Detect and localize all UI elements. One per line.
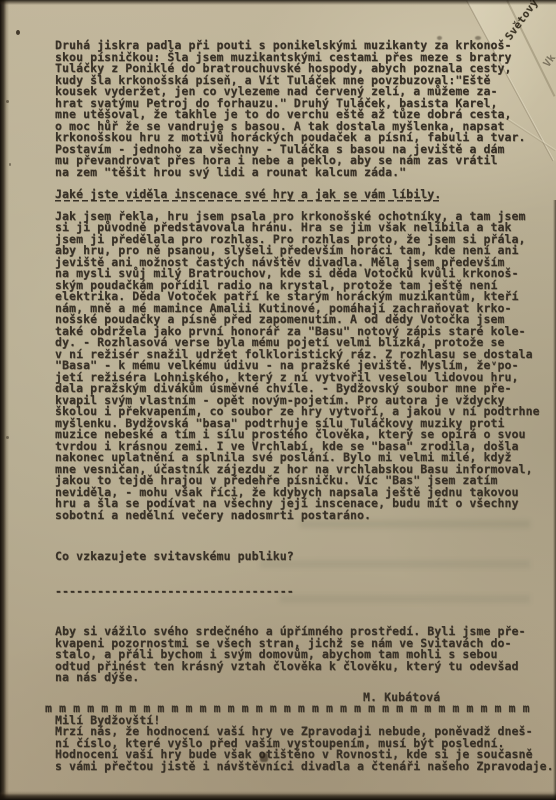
paragraph-editor-note: Mrzí nás, že hodnocení vaší hry ve Zprav…	[55, 726, 555, 772]
ink-speck	[6, 436, 9, 439]
ink-speck	[9, 163, 11, 166]
paragraph-answer-2: Aby si vážilo svého srdečného a úpřímnéh…	[55, 626, 555, 684]
scan-edge-bottom	[0, 791, 556, 800]
question-2-underline: ----------------------------------	[55, 586, 555, 598]
interview-question-2: Co vzkazujete svitavskému publiku? -----…	[55, 528, 555, 620]
scan-edge-left	[0, 0, 9, 800]
ink-speck	[16, 30, 20, 35]
question-2-text: Co vzkazujete svitavskému publiku?	[55, 551, 555, 563]
ink-speck	[6, 100, 9, 103]
interview-question-1: Jaké jste viděla inscenace své hry a jak…	[55, 189, 555, 202]
typewritten-text-block: Druhá jiskra padla při pouti s ponikelsk…	[55, 40, 555, 772]
question-1-text: Jaké jste viděla inscenace své hry a jak…	[55, 189, 441, 202]
scanned-document-page: Světový Vk Druhá jiskra padla při pouti …	[0, 0, 556, 800]
paragraph-answer-1: Jak jsem řekla, hru jsem psala pro krkon…	[55, 211, 555, 522]
paragraph-intro: Druhá jiskra padla při pouti s ponikelsk…	[55, 40, 555, 178]
